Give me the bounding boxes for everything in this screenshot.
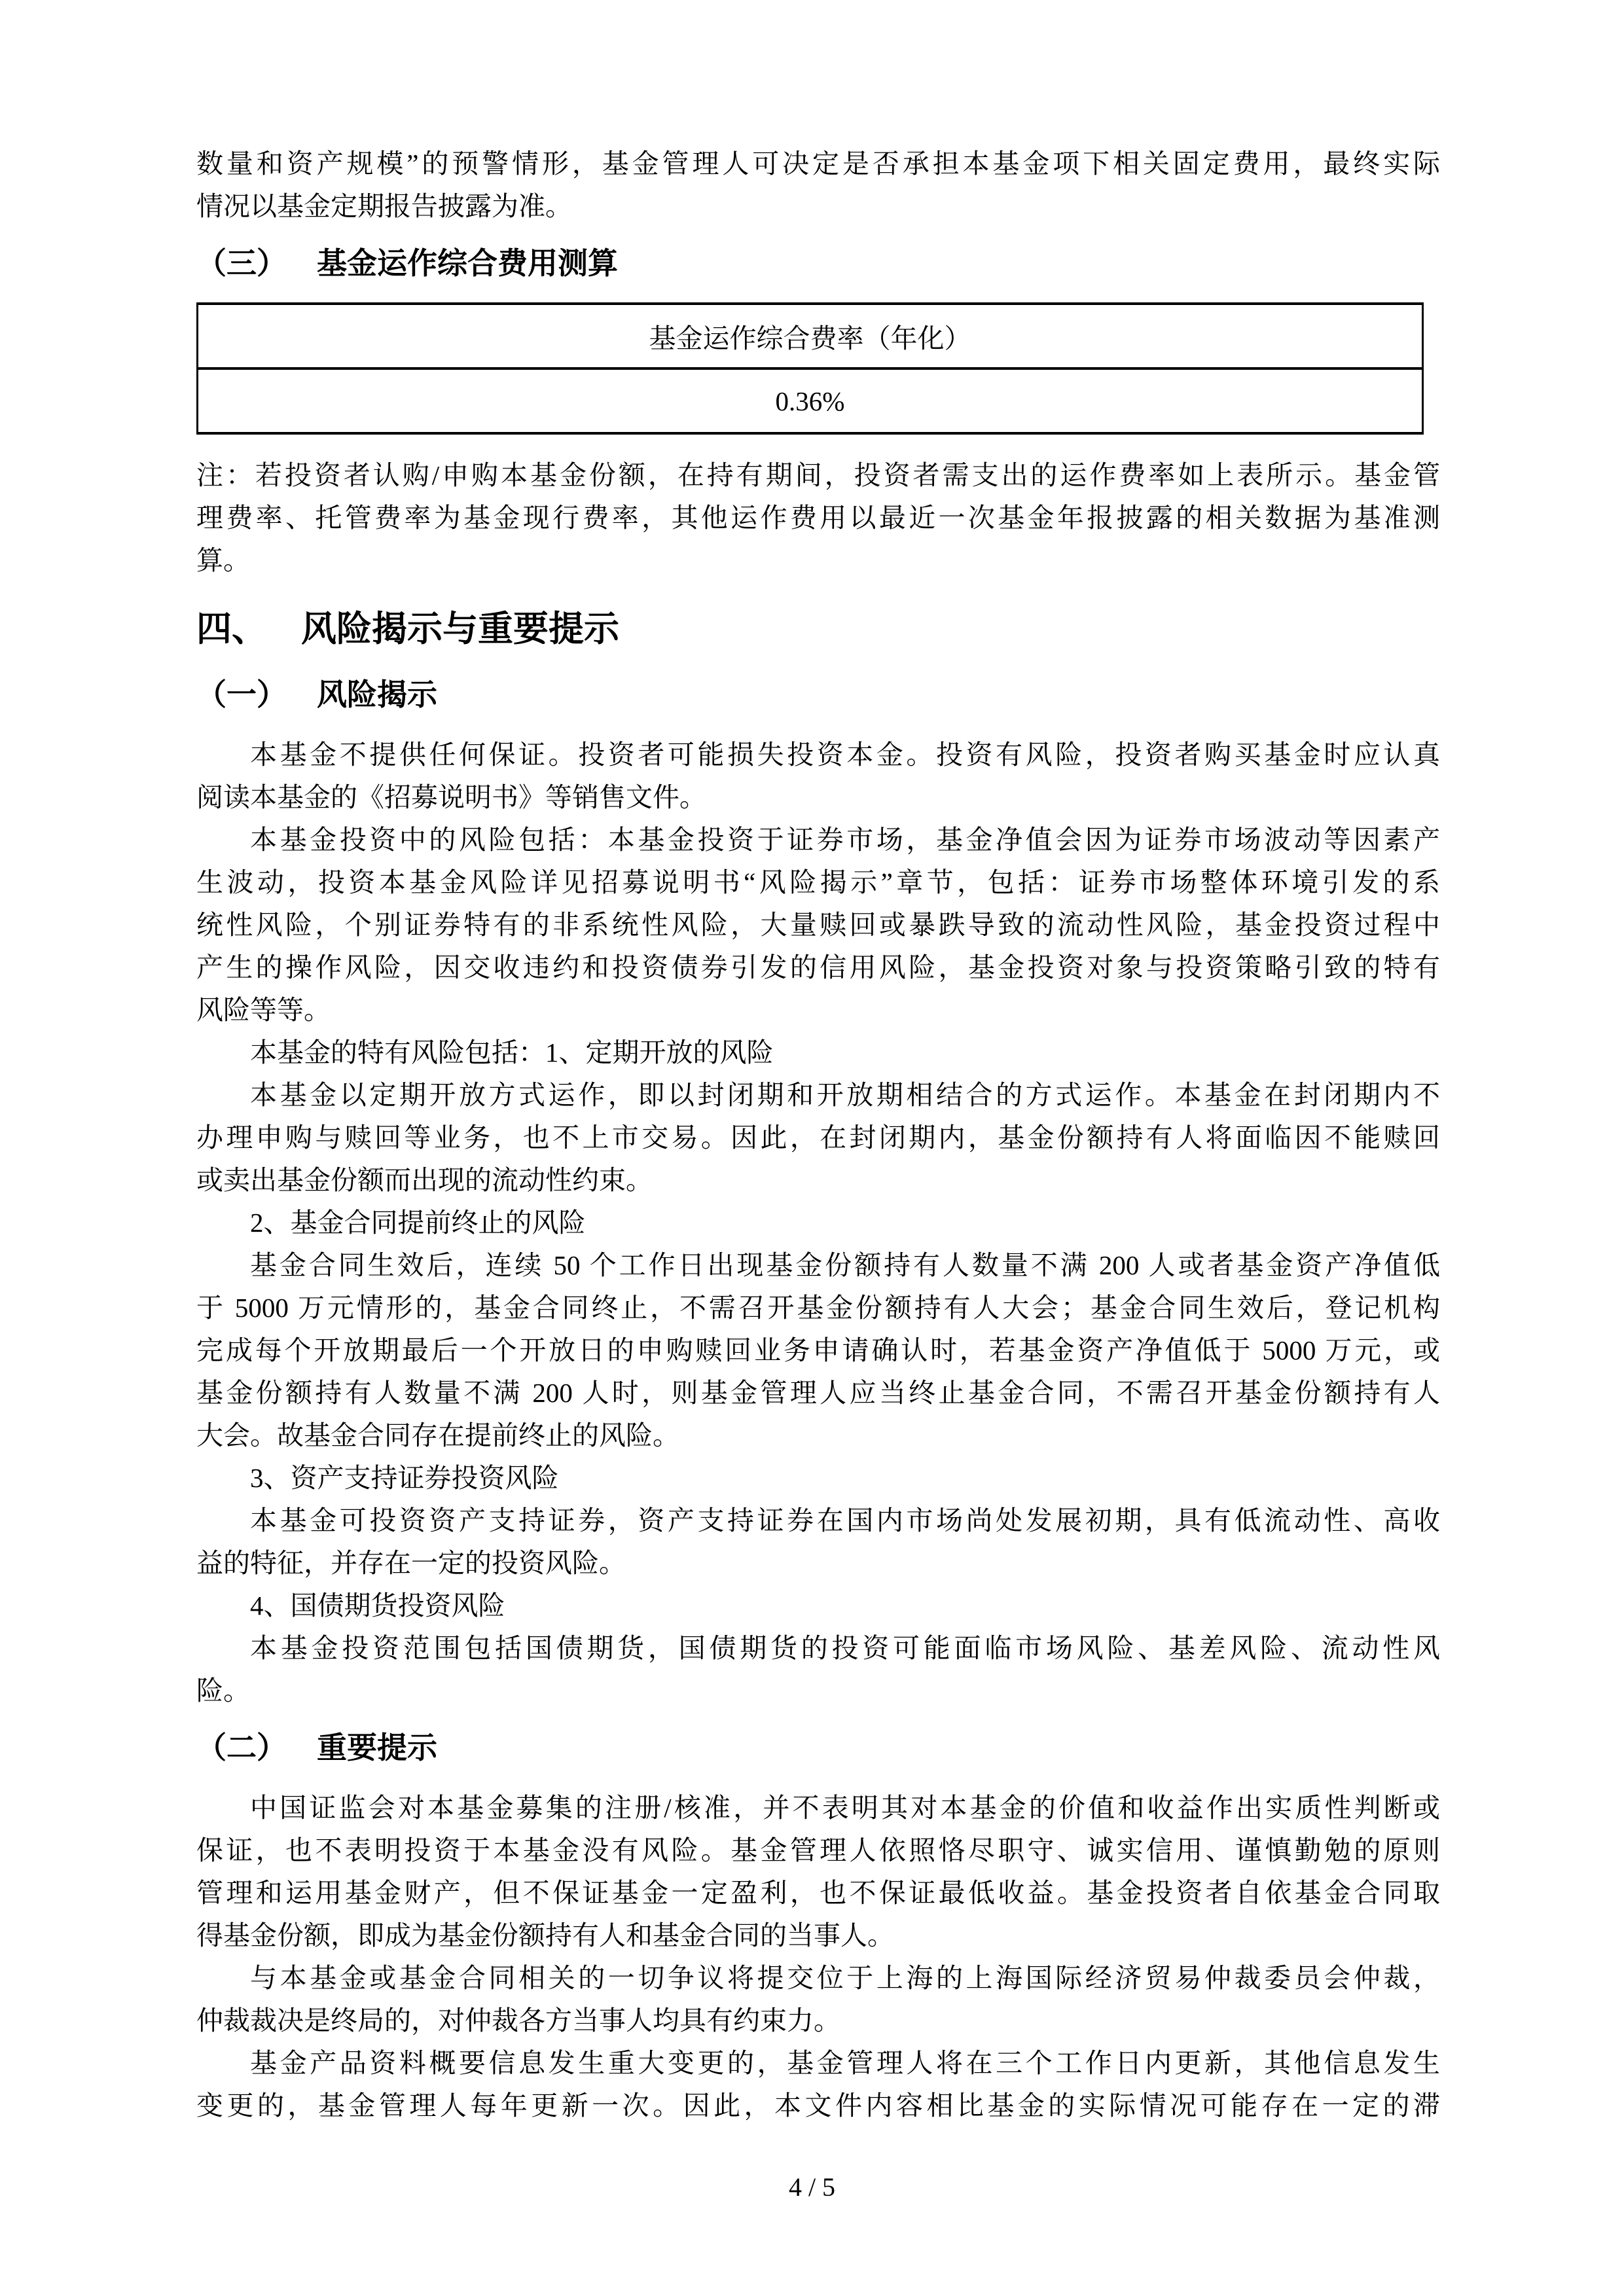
subsection-heading: （三）基金运作综合费用测算	[196, 246, 1440, 280]
heading-number: （一）	[196, 677, 287, 711]
text-line: 生波动，投资本基金风险详见招募说明书“风险揭示”章节，包括：证券市场整体环境引发…	[196, 861, 1440, 904]
heading-title: 风险揭示	[317, 677, 437, 711]
paragraph: 基金产品资料概要信息发生重大变更的，基金管理人将在三个工作日内更新，其他信息发生…	[196, 2042, 1440, 2127]
paragraph: 本基金的特有风险包括：1、定期开放的风险	[196, 1031, 1440, 1074]
heading-title: 基金运作综合费用测算	[317, 246, 618, 280]
text-line: 3、资产支持证券投资风险	[196, 1457, 1440, 1499]
text-line: 本基金投资中的风险包括：本基金投资于证券市场，基金净值会因为证券市场波动等因素产	[196, 819, 1440, 861]
page-number: 4 / 5	[0, 2172, 1624, 2202]
text-line: 与本基金或基金合同相关的一切争议将提交位于上海的上海国际经济贸易仲裁委员会仲裁，	[196, 1957, 1440, 2000]
paragraph: 本基金投资范围包括国债期货，国债期货的投资可能面临市场风险、基差风险、流动性风险…	[196, 1627, 1440, 1712]
heading-number: （二）	[196, 1731, 287, 1765]
paragraph: 中国证监会对本基金募集的注册/核准，并不表明其对本基金的价值和收益作出实质性判断…	[196, 1787, 1440, 1957]
text-line: 基金合同生效后，连续 50 个工作日出现基金份额持有人数量不满 200 人或者基…	[196, 1244, 1440, 1287]
text-line: 理费率、托管费率为基金现行费率，其他运作费用以最近一次基金年报披露的相关数据为基…	[196, 497, 1440, 539]
text-line: 险。	[196, 1670, 1440, 1712]
document-page: 数量和资产规模”的预警情形，基金管理人可决定是否承担本基金项下相关固定费用，最终…	[0, 0, 1624, 2296]
text-line: 产生的操作风险，因交收违约和投资债券引发的信用风险，基金投资对象与投资策略引致的…	[196, 946, 1440, 989]
text-line: 基金产品资料概要信息发生重大变更的，基金管理人将在三个工作日内更新，其他信息发生	[196, 2042, 1440, 2085]
heading-title: 重要提示	[317, 1731, 437, 1765]
text-line: 或卖出基金份额而出现的流动性约束。	[196, 1159, 1440, 1202]
text-line: 管理和运用基金财产，但不保证基金一定盈利，也不保证最低收益。基金投资者自依基金合…	[196, 1872, 1440, 1914]
fee-table-value-row: 0.36%	[198, 368, 1423, 433]
text-line: 大会。故基金合同存在提前终止的风险。	[196, 1414, 1440, 1457]
fee-table-header-cell: 基金运作综合费率（年化）	[198, 304, 1423, 368]
fee-table-value-cell: 0.36%	[198, 368, 1423, 433]
text-line: 情况以基金定期报告披露为准。	[196, 185, 1440, 228]
paragraph: 3、资产支持证券投资风险	[196, 1457, 1440, 1499]
text-line: 益的特征，并存在一定的投资风险。	[196, 1542, 1440, 1585]
fee-table-header-row: 基金运作综合费率（年化）	[198, 304, 1423, 368]
text-line: 阅读本基金的《招募说明书》等销售文件。	[196, 776, 1440, 819]
section-heading: 四、风险揭示与重要提示	[196, 609, 1440, 649]
text-line: 变更的，基金管理人每年更新一次。因此，本文件内容相比基金的实际情况可能存在一定的…	[196, 2085, 1440, 2127]
paragraph: 2、基金合同提前终止的风险	[196, 1202, 1440, 1244]
text-line: 于 5000 万元情形的，基金合同终止，不需召开基金份额持有人大会；基金合同生效…	[196, 1287, 1440, 1329]
paragraph: 4、国债期货投资风险	[196, 1585, 1440, 1627]
text-line: 得基金份额，即成为基金份额持有人和基金合同的当事人。	[196, 1914, 1440, 1957]
text-line: 完成每个开放期最后一个开放日的申购赎回业务申请确认时，若基金资产净值低于 500…	[196, 1329, 1440, 1372]
text-line: 中国证监会对本基金募集的注册/核准，并不表明其对本基金的价值和收益作出实质性判断…	[196, 1787, 1440, 1829]
paragraph: 本基金不提供任何保证。投资者可能损失投资本金。投资有风险，投资者购买基金时应认真…	[196, 734, 1440, 819]
fee-table: 基金运作综合费率（年化）0.36%	[196, 302, 1424, 435]
subsection-heading: （二）重要提示	[196, 1731, 1440, 1765]
text-line: 基金份额持有人数量不满 200 人时，则基金管理人应当终止基金合同，不需召开基金…	[196, 1372, 1440, 1414]
text-line: 本基金以定期开放方式运作，即以封闭期和开放期相结合的方式运作。本基金在封闭期内不	[196, 1074, 1440, 1117]
heading-title: 风险揭示与重要提示	[301, 609, 619, 649]
text-line: 4、国债期货投资风险	[196, 1585, 1440, 1627]
text-line: 本基金可投资资产支持证券，资产支持证券在国内市场尚处发展初期，具有低流动性、高收	[196, 1499, 1440, 1542]
paragraph: 基金合同生效后，连续 50 个工作日出现基金份额持有人数量不满 200 人或者基…	[196, 1244, 1440, 1457]
text-line: 本基金的特有风险包括：1、定期开放的风险	[196, 1031, 1440, 1074]
text-line: 数量和资产规模”的预警情形，基金管理人可决定是否承担本基金项下相关固定费用，最终…	[196, 143, 1440, 185]
paragraph: 本基金可投资资产支持证券，资产支持证券在国内市场尚处发展初期，具有低流动性、高收…	[196, 1499, 1440, 1585]
document-content: 数量和资产规模”的预警情形，基金管理人可决定是否承担本基金项下相关固定费用，最终…	[196, 143, 1440, 2127]
text-line: 注：若投资者认购/申购本基金份额，在持有期间，投资者需支出的运作费率如上表所示。…	[196, 454, 1440, 497]
text-line: 仲裁裁决是终局的，对仲裁各方当事人均具有约束力。	[196, 2000, 1440, 2042]
subsection-heading: （一）风险揭示	[196, 677, 1440, 711]
heading-number: 四、	[196, 609, 267, 649]
text-line: 统性风险，个别证券特有的非系统性风险，大量赎回或暴跌导致的流动性风险，基金投资过…	[196, 904, 1440, 946]
text-line: 保证，也不表明投资于本基金没有风险。基金管理人依照恪尽职守、诚实信用、谨慎勤勉的…	[196, 1829, 1440, 1872]
paragraph: 数量和资产规模”的预警情形，基金管理人可决定是否承担本基金项下相关固定费用，最终…	[196, 143, 1440, 228]
text-line: 2、基金合同提前终止的风险	[196, 1202, 1440, 1244]
text-line: 算。	[196, 539, 1440, 582]
heading-number: （三）	[196, 246, 287, 280]
text-line: 风险等等。	[196, 989, 1440, 1031]
paragraph: 本基金以定期开放方式运作，即以封闭期和开放期相结合的方式运作。本基金在封闭期内不…	[196, 1074, 1440, 1202]
text-line: 办理申购与赎回等业务，也不上市交易。因此，在封闭期内，基金份额持有人将面临因不能…	[196, 1117, 1440, 1159]
paragraph: 与本基金或基金合同相关的一切争议将提交位于上海的上海国际经济贸易仲裁委员会仲裁，…	[196, 1957, 1440, 2042]
paragraph: 本基金投资中的风险包括：本基金投资于证券市场，基金净值会因为证券市场波动等因素产…	[196, 819, 1440, 1031]
paragraph: 注：若投资者认购/申购本基金份额，在持有期间，投资者需支出的运作费率如上表所示。…	[196, 454, 1440, 582]
text-line: 本基金不提供任何保证。投资者可能损失投资本金。投资有风险，投资者购买基金时应认真	[196, 734, 1440, 776]
text-line: 本基金投资范围包括国债期货，国债期货的投资可能面临市场风险、基差风险、流动性风	[196, 1627, 1440, 1670]
